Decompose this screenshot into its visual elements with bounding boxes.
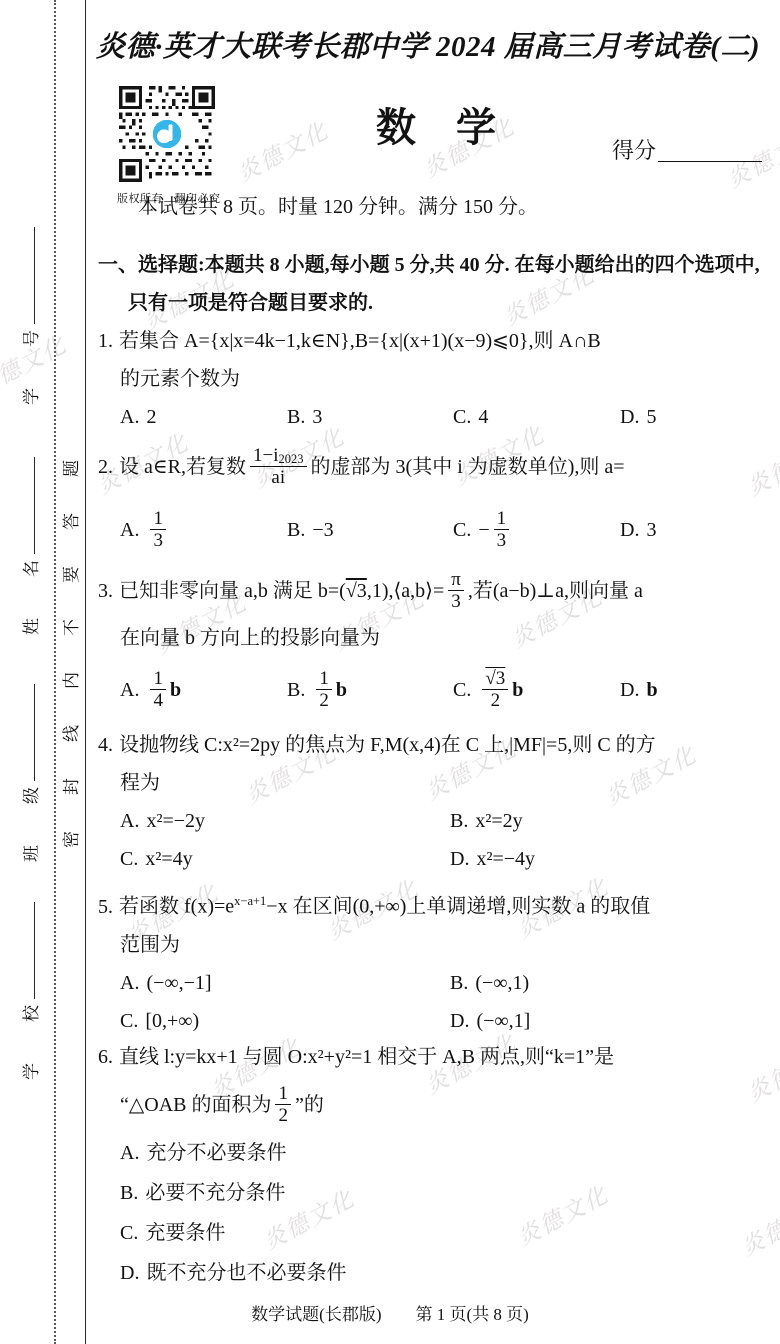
field-name: 姓 名 bbox=[16, 457, 42, 635]
option-c: C.充要条件 bbox=[120, 1213, 776, 1253]
question-6: 6.直线 l:y=kx+1 与圆 O:x²+y²=1 相交于 A,B 两点,则“… bbox=[98, 1038, 776, 1293]
option-a: A.2 bbox=[120, 398, 287, 436]
question-stem: 程为 bbox=[120, 772, 160, 794]
score-label: 得分 bbox=[612, 138, 656, 163]
question-stem: 已知非零向量 a,b 满足 b=( bbox=[119, 572, 346, 610]
field-class: 班 级 bbox=[16, 684, 42, 862]
exam-page: 炎德文化 炎德文化 炎德文化 炎德文化 炎德文化 炎德文化 炎德文化 炎德文化 … bbox=[0, 0, 780, 1344]
option-b: B.3 bbox=[287, 398, 453, 436]
seal-text: 密封线内不要答题 bbox=[57, 438, 81, 848]
question-stem: 若集合 A={x|x=4k−1,k∈N},B={x|(x+1)(x−9)⩽0},… bbox=[119, 330, 601, 352]
question-number: 6. bbox=[98, 1046, 113, 1068]
question-stem: 的虚部为 3(其中 i 为虚数单位),则 a= bbox=[311, 448, 625, 486]
page-title: 炎德·英才大联考长郡中学 2024 届高三月考试卷(二) bbox=[96, 24, 776, 65]
write-in-line bbox=[23, 457, 35, 554]
question-stem: 的元素个数为 bbox=[120, 368, 240, 390]
option-b: B.12b bbox=[287, 668, 453, 712]
field-label: 班 级 bbox=[17, 775, 42, 862]
option-d: D.5 bbox=[620, 398, 776, 436]
field-label: 姓 名 bbox=[17, 548, 42, 635]
question-stem: 范围为 bbox=[120, 934, 180, 956]
option-d: D.(−∞,1] bbox=[450, 1002, 776, 1040]
score-block: 得分 bbox=[612, 134, 762, 165]
question-number: 4. bbox=[98, 734, 113, 756]
question-stem: “△OAB 的面积为 bbox=[120, 1086, 271, 1124]
option-a: A.x²=−2y bbox=[120, 802, 450, 840]
question-2: 2.设 a∈R,若复数1−i2023ai的虚部为 3(其中 i 为虚数单位),则… bbox=[98, 438, 776, 558]
option-c: C.4 bbox=[453, 398, 620, 436]
option-c: C.√32b bbox=[453, 668, 620, 712]
fraction: 13 bbox=[150, 508, 166, 552]
radical: √3 bbox=[346, 572, 367, 610]
page-footer: 数学试题(长郡版) 第 1 页(共 8 页) bbox=[0, 1300, 780, 1325]
section-heading: 一、选择题:本题共 8 小题,每小题 5 分,共 40 分. 在每小题给出的四个… bbox=[98, 246, 776, 322]
question-number: 2. bbox=[98, 448, 113, 486]
write-in-line bbox=[23, 902, 35, 999]
question-4: 4.设抛物线 C:x²=2py 的焦点为 F,M(x,4)在 C 上,|MF|=… bbox=[98, 726, 776, 878]
question-5: 5.若函数 f(x)=ex−a+1−x 在区间(0,+∞)上单调递增,则实数 a… bbox=[98, 882, 776, 1040]
seal-solid-line bbox=[85, 0, 86, 1344]
fraction: 12 bbox=[275, 1083, 291, 1127]
question-stem: 在向量 b 方向上的投影向量为 bbox=[120, 627, 380, 649]
option-d: D.x²=−4y bbox=[450, 840, 776, 878]
write-in-line bbox=[23, 684, 35, 781]
fraction: 1−i2023ai bbox=[250, 445, 307, 489]
option-b: B.必要不充分条件 bbox=[120, 1173, 776, 1213]
option-a: A.13 bbox=[120, 508, 287, 552]
field-student-number: 学 号 bbox=[16, 227, 42, 405]
question-stem: −x 在区间(0,+∞)上单调递增,则实数 a 的取值 bbox=[266, 896, 650, 918]
option-a: A.充分不必要条件 bbox=[120, 1133, 776, 1173]
exponent: x−a+1 bbox=[234, 894, 266, 908]
fraction: √32 bbox=[482, 668, 508, 712]
question-3: 3.已知非零向量 a,b 满足 b=(√3,1),⟨a,b⟩=π3,若(a−b)… bbox=[98, 562, 776, 718]
option-a: A.(−∞,−1] bbox=[120, 964, 450, 1002]
write-in-line bbox=[23, 227, 35, 324]
question-stem: ,若(a−b)⊥a,则向量 a bbox=[468, 572, 643, 610]
question-number: 1. bbox=[98, 330, 113, 352]
fraction: 12 bbox=[316, 668, 332, 712]
field-school: 学 校 bbox=[16, 902, 42, 1080]
question-number: 5. bbox=[98, 896, 113, 918]
question-number: 3. bbox=[98, 572, 113, 610]
exam-info: 本试卷共 8 页。时量 120 分钟。满分 150 分。 bbox=[138, 190, 538, 219]
fraction: 13 bbox=[494, 508, 510, 552]
field-label: 学 校 bbox=[17, 993, 42, 1080]
option-d: D.b bbox=[620, 671, 776, 709]
option-b: B.x²=2y bbox=[450, 802, 776, 840]
option-c: C.−13 bbox=[453, 508, 620, 552]
option-b: B.−3 bbox=[287, 511, 453, 549]
option-d: D.3 bbox=[620, 511, 776, 549]
question-stem: ”的 bbox=[295, 1086, 324, 1124]
score-blank-line bbox=[658, 160, 762, 162]
question-stem: 直线 l:y=kx+1 与圆 O:x²+y²=1 相交于 A,B 两点,则“k=… bbox=[119, 1046, 614, 1068]
question-stem: 设 a∈R,若复数 bbox=[119, 448, 246, 486]
option-d: D.既不充分也不必要条件 bbox=[120, 1253, 776, 1293]
option-b: B.(−∞,1) bbox=[450, 964, 776, 1002]
question-stem: ,1),⟨a,b⟩= bbox=[367, 572, 444, 610]
question-1: 1.若集合 A={x|x=4k−1,k∈N},B={x|(x+1)(x−9)⩽0… bbox=[98, 322, 776, 436]
option-c: C.[0,+∞) bbox=[120, 1002, 450, 1040]
option-c: C.x²=4y bbox=[120, 840, 450, 878]
fraction: 14 bbox=[150, 668, 166, 712]
question-stem: 设抛物线 C:x²=2py 的焦点为 F,M(x,4)在 C 上,|MF|=5,… bbox=[119, 734, 656, 756]
field-label: 学 号 bbox=[17, 318, 42, 405]
seal-dotted-line bbox=[54, 0, 56, 1344]
fraction: π3 bbox=[448, 569, 464, 613]
question-stem: 若函数 f(x)=e bbox=[119, 896, 234, 918]
option-a: A.14b bbox=[120, 668, 287, 712]
